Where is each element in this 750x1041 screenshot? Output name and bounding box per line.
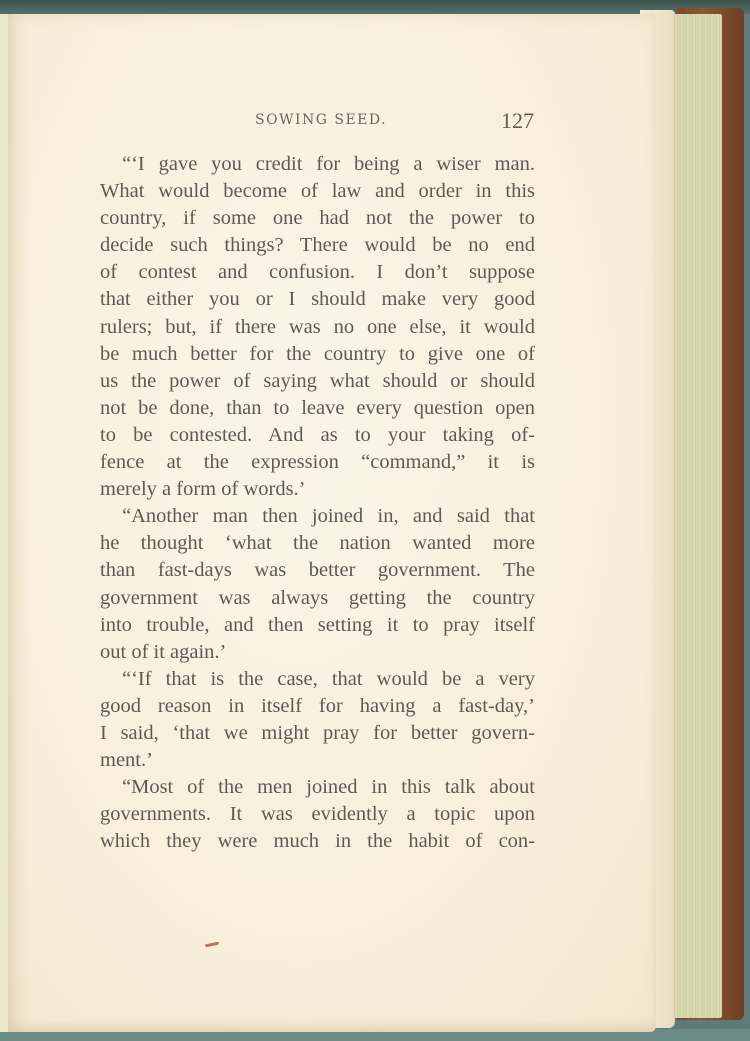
text-line: he thought ‘what the nation wanted more (100, 530, 535, 557)
text-line: that either you or I should make very go… (100, 286, 535, 313)
text-line: than fast-days was better government. Th… (100, 557, 535, 584)
text-line: into trouble, and then setting it to pra… (100, 612, 535, 639)
running-head: SOWING SEED. (255, 112, 387, 128)
text-line: not be done, than to leave every questio… (100, 395, 535, 422)
text-line: government was always getting the countr… (100, 585, 535, 612)
text-line: merely a form of words.’ (100, 476, 535, 503)
text-line: “‘I gave you credit for being a wiser ma… (100, 151, 535, 178)
text-line: which they were much in the habit of con… (100, 828, 535, 855)
text-line: good reason in itself for having a fast-… (100, 693, 535, 720)
body-text: “‘I gave you credit for being a wiser ma… (100, 151, 535, 855)
text-line: rulers; but, if there was no one else, i… (100, 314, 535, 341)
text-line: fence at the expression “command,” it is (100, 449, 535, 476)
text-line: “‘If that is the case, that would be a v… (100, 666, 535, 693)
text-line: of contest and confusion. I don’t suppos… (100, 259, 535, 286)
text-line: country, if some one had not the power t… (100, 205, 535, 232)
text-line: “Another man then joined in, and said th… (100, 503, 535, 530)
text-line: I said, ‘that we might pray for better g… (100, 720, 535, 747)
text-line: What would become of law and order in th… (100, 178, 535, 205)
text-line: us the power of saying what should or sh… (100, 368, 535, 395)
text-line: decide such things? There would be no en… (100, 232, 535, 259)
text-line: ment.’ (100, 747, 535, 774)
page-number: 127 (501, 108, 534, 134)
text-line: governments. It was evidently a topic up… (100, 801, 535, 828)
text-line: to be contested. And as to your taking o… (100, 422, 535, 449)
text-line: “Most of the men joined in this talk abo… (100, 774, 535, 801)
text-line: out of it again.’ (100, 639, 535, 666)
text-line: be much better for the country to give o… (100, 341, 535, 368)
background-top (0, 0, 750, 14)
